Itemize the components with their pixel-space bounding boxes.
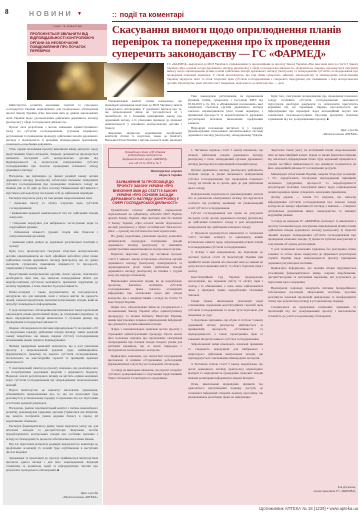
paragraph: У разі залишення зазначених зауважень бе… <box>268 247 356 265</box>
paragraph: Конституційний Суд України неодноразово … <box>188 275 263 298</box>
footer-imprint[interactable]: Щотижневик АПТЕКА № 18 (1239) • www.apte… <box>200 506 358 511</box>
paragraph: звуження змісту та обсягу існуючих прав … <box>6 201 98 209</box>
paragraph: збільшення кількості судових спорів між … <box>6 230 98 238</box>
main-article-column-1: Управлінський комітет спілки повідомляє,… <box>105 100 182 141</box>
document-column-1-text: Громадською спілкою «ФАРМЕД» опрацьовано… <box>108 208 182 381</box>
paragraph: Сподіваємося на врахування зазначених за… <box>268 305 356 319</box>
paragraph: Окрім того, запропоновані зміни не узгод… <box>108 305 182 326</box>
document-title: ЗАУВАЖЕННЯ ТА ПРОПОЗИЦІЇ ДО ПРОЄКТУ ЗАКО… <box>108 180 182 205</box>
left-article-signature: Прес-служба «Щотижневика АПТЕКА» <box>6 492 98 500</box>
paragraph: Досвід держав — членів ЄС свідчить, що з… <box>268 195 356 218</box>
paragraph: 3. Додатково зауважимо, що згідно зі ста… <box>188 318 263 341</box>
paragraph: Експерти фармацевтичного ринку також зве… <box>6 424 98 441</box>
paragraph: 2. Проєктом пропонується виключити із за… <box>188 231 263 249</box>
left-article-text: Міністерство розвитку економіки, торгівл… <box>6 103 98 489</box>
paragraph: Міністерство розвитку економіки, торгівл… <box>6 103 98 124</box>
paragraph: Нагадаємо, що відповідно до чинної редак… <box>6 174 98 195</box>
rubric-label: події та коментарі <box>120 10 184 19</box>
teaser-box: ::події та коментарі ПРОПОНУЄТЬСЯ ЗВІЛЬН… <box>27 24 107 56</box>
headline-line: Скасування вимоги щодо оприлюднення план… <box>112 24 359 36</box>
paragraph: виникнення правової невизначеності під ч… <box>6 211 98 219</box>
paragraph: Запропоновані зміни нівелюють зазначені … <box>188 342 263 360</box>
footer-link[interactable]: Щотижневик АПТЕКА № 18 (1239) • www.apte… <box>259 506 358 511</box>
paragraph: Принагідно інформуємо, що позиція спілки… <box>268 266 356 284</box>
document-addressee: Міністерство охорони здоров’я України <box>108 170 182 178</box>
section-nav-label: НОВИНИ <box>29 11 73 18</box>
paragraph: Отже, виключення відповідних приписів бе… <box>188 382 263 400</box>
paragraph: Крім того, скасування попередження про п… <box>268 95 358 122</box>
paragraph: Звертаємо також увагу на негативний впли… <box>268 148 356 171</box>
lede-divider <box>167 91 358 92</box>
rubric-divider <box>112 21 358 22</box>
paragraph: Утім, окремі положення проєкту викликали… <box>6 147 98 172</box>
paragraph: Зауваження та пропозиції до проєкту прий… <box>6 456 98 473</box>
headline-line: перевірок та попередження про їх проведе… <box>112 36 359 48</box>
rubric-header: :: події та коментарі <box>112 10 184 19</box>
paragraph: Повідомлення надсилається рекомендованим… <box>188 192 263 210</box>
letterhead-box: Громадська спілка «Об’єднання роботодавц… <box>108 148 182 168</box>
paragraph: З огляду на наведене ГС «ФАРМЕД» пропону… <box>268 219 356 246</box>
paragraph: Крім того, пропонується скасувати обов’я… <box>6 249 98 270</box>
section-nav[interactable]: НОВИНИ ▼ <box>29 11 82 18</box>
newspaper-page: 8 НОВИНИ ▼ :: події та коментарі Скасува… <box>0 0 360 530</box>
paragraph: Таким чином, виключення зазначених норм … <box>188 299 263 317</box>
main-article-column-2: Таке законодавче регулювання, на перекон… <box>188 95 263 141</box>
teaser-title: ПРОПОНУЄТЬСЯ ЗВІЛЬНИТИ ВІД ВІДПОВІДАЛЬНО… <box>27 30 107 56</box>
paragraph: На думку розробника, ухвалення проєкту д… <box>108 234 182 251</box>
paragraph: Бізнес-асоціації з такою аргументацією н… <box>6 290 98 307</box>
chevron-down-icon: ▼ <box>77 11 82 17</box>
paragraph: Міжнародні зобов’язання України, зокрема… <box>268 172 356 195</box>
paragraph: Принагідно зазначимо, що аналогічні заст… <box>108 354 182 367</box>
main-article-signature: Прес-служба «Щотижневика АПТЕКА» <box>268 129 358 137</box>
paragraph: Суб’єкт господарювання має право не допу… <box>188 211 263 229</box>
headline: Скасування вимоги щодо оприлюднення план… <box>112 24 359 61</box>
paragraph: Органи державного нагляду (контролю) зді… <box>188 168 263 191</box>
rubric-prefix: :: <box>112 10 117 19</box>
document-signature: Зоя Джанова, голова правління ГС «ФАРМЕД… <box>268 486 356 494</box>
document-column-3: Звертаємо також увагу на негативний впли… <box>268 148 356 482</box>
paragraph: Громадською спілкою «ФАРМЕД» опрацьовано… <box>108 208 182 233</box>
paragraph: 1. Частиною першою статті 5 закону визна… <box>188 148 263 166</box>
paragraph: Управлінський комітет спілки повідомляє,… <box>105 100 182 130</box>
hand-signing-photo <box>104 63 164 97</box>
paragraph: Фахівці юридичних компаній зазначають, щ… <box>6 344 98 365</box>
paragraph: 4. Частиною п’ятою статті 5 закону перед… <box>188 362 263 380</box>
paragraph: У ході експертного обговорення висловлюв… <box>6 308 98 325</box>
lede-paragraph: ГС «ФАРМЕД» звернулася до МОЗ України із… <box>167 63 358 89</box>
paragraph: Звернення підписано керівниками профільн… <box>105 132 182 141</box>
paragraph: Під час підготовки матеріалу редакція зв… <box>6 442 98 455</box>
paragraph: Нагадаємо, раніше парламентський комітет… <box>6 406 98 423</box>
main-article-column-3: Крім того, скасування попередження про п… <box>268 95 358 128</box>
paragraph: У зв’язку з цим повідомляємо, що відпові… <box>188 250 263 273</box>
paragraph: Відповідні положення містяться й у поряд… <box>188 127 263 138</box>
paragraph: Наразі міністерство не коментує висловле… <box>6 388 98 405</box>
paragraph: У пояснювальній записці до проєкту зазна… <box>6 366 98 387</box>
headline-line: суперечить законодавству — ГС «ФАРМЕД» <box>112 48 359 60</box>
document-column-1: Громадська спілка «Об’єднання роботодавц… <box>108 148 182 500</box>
paragraph: Проєкт акта розроблено з метою зниження … <box>6 125 98 146</box>
paragraph: Згідно з пояснювальною запискою метою пр… <box>108 327 182 352</box>
paragraph: Таке законодавче регулювання, на перекон… <box>188 95 263 125</box>
paragraph: зниження рівня довіри до державної регул… <box>6 240 98 248</box>
paragraph: Виключення зазначеної норми, як це перед… <box>108 279 182 304</box>
paragraph: Експерти звертають увагу на такі ризики … <box>6 196 98 200</box>
page-number: 8 <box>5 8 9 16</box>
themis-statue-photo <box>27 62 107 100</box>
paragraph: Водночас звертаємо увагу, що частиною тр… <box>108 252 182 277</box>
paragraph: З огляду на викладене вважаємо, що проєк… <box>108 368 182 381</box>
paragraph: створення передумов для вибіркового заст… <box>6 221 98 229</box>
paragraph: Враховуючи соціальну значущість питання … <box>268 286 356 304</box>
document-column-2: 1. Частиною першою статті 5 закону визна… <box>188 148 263 500</box>
paragraph: Окремо обговорювалося питання відповідал… <box>6 326 98 343</box>
paragraph: Представники контролюючих органів, своєю… <box>6 272 98 289</box>
